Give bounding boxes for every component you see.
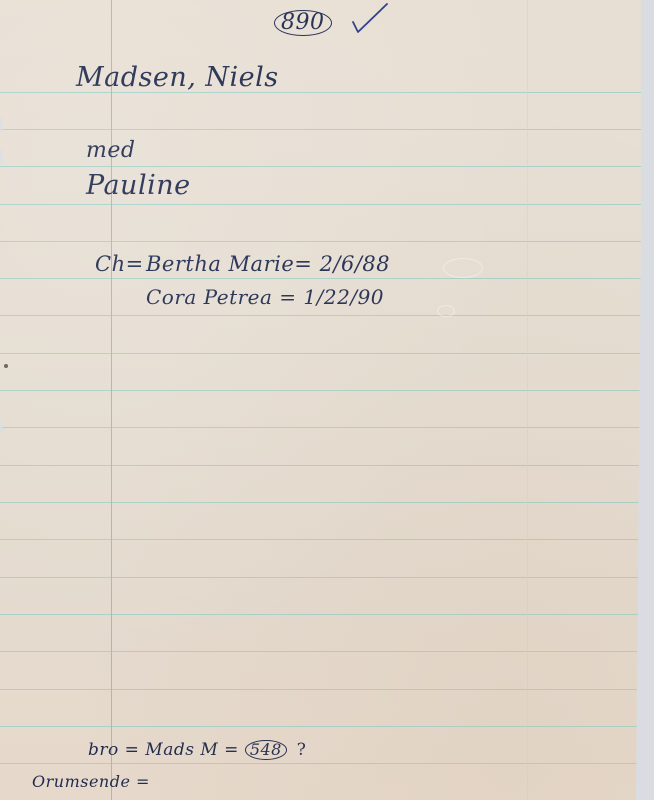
child-entry: Cora Petrea = 1/22/90 — [146, 285, 384, 309]
married-label: med — [86, 138, 135, 163]
ruled-line — [0, 539, 641, 540]
spouse-name: Pauline — [86, 170, 191, 201]
child-birthdate: 1/22/90 — [303, 285, 384, 309]
ruled-line — [0, 726, 641, 727]
sibling-note: bro = Mads M = 548 ? — [88, 740, 306, 760]
record-number: 890 — [274, 10, 332, 36]
ruled-line — [0, 390, 641, 391]
child-name: Cora Petrea — [146, 285, 272, 309]
ruled-line — [0, 353, 641, 354]
notebook-paper: 890 Madsen, Niels med Pauline Ch= Bertha… — [0, 0, 641, 800]
ruled-line — [0, 129, 641, 130]
paper-tear — [0, 420, 3, 434]
ruled-line — [0, 241, 641, 242]
ruled-line — [0, 763, 641, 764]
ruled-line — [0, 577, 641, 578]
paper-tear — [0, 150, 3, 164]
right-margin-line — [527, 0, 528, 800]
ruled-line — [0, 278, 641, 279]
ruled-line — [0, 166, 641, 167]
ruled-line — [0, 427, 641, 428]
ruled-line — [0, 502, 641, 503]
ruled-line — [0, 465, 641, 466]
footer-note: Orumsende = — [32, 772, 150, 791]
ruled-line — [0, 689, 641, 690]
child-birthdate: 2/6/88 — [320, 252, 391, 276]
hole-mark — [4, 364, 8, 368]
ruled-line — [0, 315, 641, 316]
ruled-line — [0, 614, 641, 615]
ruled-line — [0, 204, 641, 205]
paper-crease — [437, 305, 455, 317]
child-entry: Bertha Marie= 2/6/88 — [146, 252, 390, 276]
ruled-line — [0, 651, 641, 652]
left-margin-line — [111, 0, 112, 800]
checkmark-icon — [350, 2, 390, 34]
child-name: Bertha Marie — [146, 252, 294, 276]
paper-tear — [0, 118, 3, 132]
sibling-reference-number: 548 — [245, 740, 287, 760]
children-label: Ch= — [95, 252, 144, 276]
person-name: Madsen, Niels — [76, 62, 279, 93]
paper-crease — [443, 258, 483, 278]
scanned-page: 890 Madsen, Niels med Pauline Ch= Bertha… — [0, 0, 654, 800]
